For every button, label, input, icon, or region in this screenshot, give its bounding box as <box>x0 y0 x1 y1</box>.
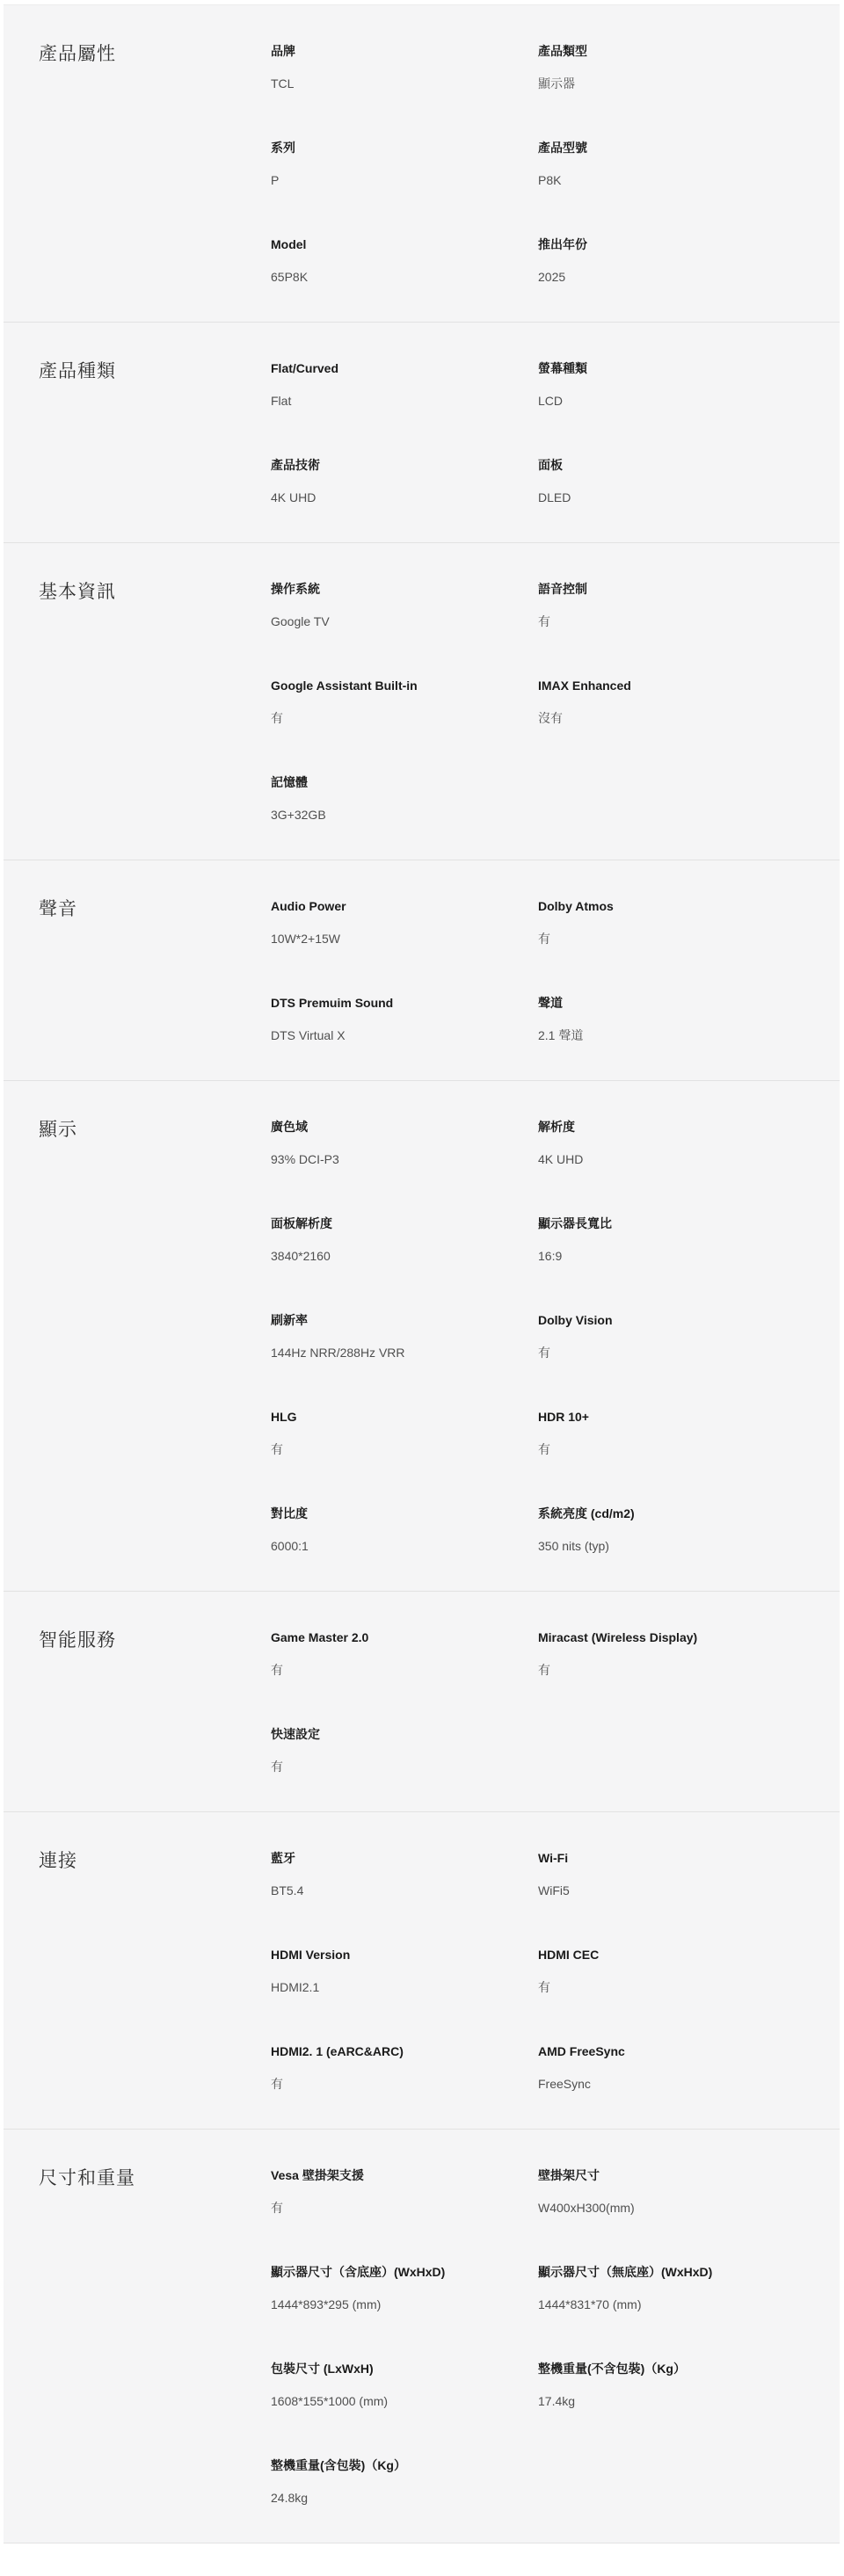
spec-label: 面板解析度 <box>271 1216 517 1231</box>
spec-value: 1444*893*295 (mm) <box>271 2297 517 2312</box>
spec-cell: 產品技術 4K UHD <box>271 458 538 505</box>
spec-label: 顯示器尺寸（含底座）(WxHxD) <box>271 2265 517 2280</box>
spec-label: Wi-Fi <box>538 1851 784 1866</box>
spec-value: P <box>271 173 517 188</box>
spec-row: 刷新率 144Hz NRR/288Hz VRR Dolby Vision 有 <box>271 1313 840 1361</box>
spec-row: 對比度 6000:1 系統亮度 (cd/m2) 350 nits (typ) <box>271 1506 840 1554</box>
spec-label: 系統亮度 (cd/m2) <box>538 1506 784 1521</box>
spec-cell: 壁掛架尺寸 W400xH300(mm) <box>538 2168 805 2216</box>
spec-cell: 顯示器尺寸（含底座）(WxHxD) 1444*893*295 (mm) <box>271 2265 538 2312</box>
spec-label: HDMI2. 1 (eARC&ARC) <box>271 2044 517 2059</box>
spec-value: 有 <box>538 1346 784 1361</box>
spec-value: BT5.4 <box>271 1883 517 1898</box>
spec-cell: DTS Premuim Sound DTS Virtual X <box>271 996 538 1043</box>
spec-cell: AMD FreeSync FreeSync <box>538 2044 805 2092</box>
section-smart-services: 智能服務 Game Master 2.0 有 Miracast (Wireles… <box>4 1592 840 1812</box>
spec-row: 包裝尺寸 (LxWxH) 1608*155*1000 (mm) 整機重量(不含包… <box>271 2362 840 2409</box>
spec-label: Flat/Curved <box>271 361 517 376</box>
spec-value: LCD <box>538 394 784 409</box>
spec-value: 17.4kg <box>538 2394 784 2409</box>
spec-cell: 包裝尺寸 (LxWxH) 1608*155*1000 (mm) <box>271 2362 538 2409</box>
section-rows: 藍牙 BT5.4 Wi-Fi WiFi5 HDMI Version HDMI2.… <box>271 1851 840 2092</box>
spec-label: Dolby Vision <box>538 1313 784 1328</box>
spec-value: W400xH300(mm) <box>538 2201 784 2216</box>
spec-cell: 語音控制 有 <box>538 582 805 629</box>
spec-value: 有 <box>271 1663 517 1678</box>
spec-value: Flat <box>271 394 517 409</box>
spec-label: Miracast (Wireless Display) <box>538 1630 784 1645</box>
spec-cell: IMAX Enhanced 沒有 <box>538 678 805 726</box>
spec-cell: 顯示器長寬比 16:9 <box>538 1216 805 1264</box>
section-sound: 聲音 Audio Power 10W*2+15W Dolby Atmos 有 D… <box>4 860 840 1081</box>
spec-row: 操作系統 Google TV 語音控制 有 <box>271 582 840 629</box>
spec-cell: Flat/Curved Flat <box>271 361 538 409</box>
spec-label: 品牌 <box>271 44 517 59</box>
spec-value: 6000:1 <box>271 1539 517 1554</box>
section-title: 尺寸和重量 <box>39 2168 271 2189</box>
spec-value: 有 <box>271 1442 517 1457</box>
spec-cell: 產品類型 顯示器 <box>538 44 805 91</box>
spec-value: 350 nits (typ) <box>538 1539 784 1554</box>
spec-label: 語音控制 <box>538 582 784 597</box>
spec-label: IMAX Enhanced <box>538 678 784 693</box>
spec-row: 廣色域 93% DCI-P3 解析度 4K UHD <box>271 1120 840 1167</box>
spec-cell: 顯示器尺寸（無底座）(WxHxD) 1444*831*70 (mm) <box>538 2265 805 2312</box>
spec-label: 顯示器長寬比 <box>538 1216 784 1231</box>
spec-label: 廣色域 <box>271 1120 517 1135</box>
spec-row: HLG 有 HDR 10+ 有 <box>271 1410 840 1457</box>
spec-label: DTS Premuim Sound <box>271 996 517 1011</box>
spec-value: 有 <box>271 2077 517 2092</box>
spec-cell: Dolby Vision 有 <box>538 1313 805 1361</box>
spec-row: DTS Premuim Sound DTS Virtual X 聲道 2.1 聲… <box>271 996 840 1043</box>
product-spec-page: 產品屬性 品牌 TCL 產品類型 顯示器 系列 P 產品型號 <box>4 0 840 2549</box>
section-rows: 廣色域 93% DCI-P3 解析度 4K UHD 面板解析度 3840*216… <box>271 1120 840 1554</box>
spec-label: Audio Power <box>271 899 517 914</box>
spec-value: 有 <box>538 932 784 947</box>
spec-value: 沒有 <box>538 711 784 726</box>
spec-row: 整機重量(含包裝)（Kg） 24.8kg <box>271 2458 840 2506</box>
spec-value: WiFi5 <box>538 1883 784 1898</box>
spec-cell: 推出年份 2025 <box>538 237 805 285</box>
spec-label: 操作系統 <box>271 582 517 597</box>
spec-value: 有 <box>538 614 784 629</box>
spec-label: AMD FreeSync <box>538 2044 784 2059</box>
section-product-category: 產品種類 Flat/Curved Flat 螢幕種類 LCD 產品技術 4K U… <box>4 323 840 543</box>
spec-cell: Audio Power 10W*2+15W <box>271 899 538 947</box>
spec-label: 包裝尺寸 (LxWxH) <box>271 2362 517 2376</box>
spec-label: 整機重量(含包裝)（Kg） <box>271 2458 517 2473</box>
spec-value: 有 <box>271 1760 517 1774</box>
spec-label: 藍牙 <box>271 1851 517 1866</box>
spec-value: 65P8K <box>271 270 517 285</box>
spec-cell: 聲道 2.1 聲道 <box>538 996 805 1043</box>
spec-value: 3840*2160 <box>271 1249 517 1264</box>
spec-label: 壁掛架尺寸 <box>538 2168 784 2183</box>
spec-cell: Vesa 壁掛架支援 有 <box>271 2168 538 2216</box>
spec-cell: 記憶體 3G+32GB <box>271 775 538 823</box>
spec-cell: 整機重量(含包裝)（Kg） 24.8kg <box>271 2458 538 2506</box>
spec-cell: Game Master 2.0 有 <box>271 1630 538 1678</box>
spec-row: Model 65P8K 推出年份 2025 <box>271 237 840 285</box>
spec-cell: 品牌 TCL <box>271 44 538 91</box>
spec-value: TCL <box>271 76 517 91</box>
spec-label: 推出年份 <box>538 237 784 252</box>
spec-value: 4K UHD <box>271 490 517 505</box>
spec-cell: HDMI2. 1 (eARC&ARC) 有 <box>271 2044 538 2092</box>
spec-label: 對比度 <box>271 1506 517 1521</box>
spec-value: 有 <box>271 711 517 726</box>
spec-label: 顯示器尺寸（無底座）(WxHxD) <box>538 2265 784 2280</box>
spec-value: DLED <box>538 490 784 505</box>
section-title: 顯示 <box>39 1120 271 1141</box>
spec-cell: 面板 DLED <box>538 458 805 505</box>
spec-cell: HDMI Version HDMI2.1 <box>271 1948 538 1995</box>
spec-cell: 螢幕種類 LCD <box>538 361 805 409</box>
spec-label: 刷新率 <box>271 1313 517 1328</box>
spec-value: 10W*2+15W <box>271 932 517 947</box>
spec-cell: 產品型號 P8K <box>538 141 805 188</box>
section-rows: 操作系統 Google TV 語音控制 有 Google Assistant B… <box>271 582 840 823</box>
spec-label: 產品類型 <box>538 44 784 59</box>
spec-cell: Wi-Fi WiFi5 <box>538 1851 805 1898</box>
spec-value: 24.8kg <box>271 2491 517 2506</box>
spec-cell: 系統亮度 (cd/m2) 350 nits (typ) <box>538 1506 805 1554</box>
section-rows: Flat/Curved Flat 螢幕種類 LCD 產品技術 4K UHD 面板… <box>271 361 840 505</box>
spec-cell: HDMI CEC 有 <box>538 1948 805 1995</box>
section-basic-info: 基本資訊 操作系統 Google TV 語音控制 有 Google Assist… <box>4 543 840 860</box>
spec-row: 面板解析度 3840*2160 顯示器長寬比 16:9 <box>271 1216 840 1264</box>
spec-row: HDMI2. 1 (eARC&ARC) 有 AMD FreeSync FreeS… <box>271 2044 840 2092</box>
spec-cell: Model 65P8K <box>271 237 538 285</box>
spec-label: Model <box>271 237 517 252</box>
spec-cell: 面板解析度 3840*2160 <box>271 1216 538 1264</box>
spec-cell: HLG 有 <box>271 1410 538 1457</box>
spec-label: Dolby Atmos <box>538 899 784 914</box>
spec-value: 144Hz NRR/288Hz VRR <box>271 1346 517 1361</box>
spec-value: 顯示器 <box>538 76 784 91</box>
spec-value: 16:9 <box>538 1249 784 1264</box>
spec-label: 整機重量(不含包裝)（Kg） <box>538 2362 784 2376</box>
spec-label: HLG <box>271 1410 517 1425</box>
spec-value: 1608*155*1000 (mm) <box>271 2394 517 2409</box>
spec-cell: Google Assistant Built-in 有 <box>271 678 538 726</box>
spec-label: HDMI Version <box>271 1948 517 1963</box>
spec-row: HDMI Version HDMI2.1 HDMI CEC 有 <box>271 1948 840 1995</box>
spec-label: Game Master 2.0 <box>271 1630 517 1645</box>
spec-cell: 系列 P <box>271 141 538 188</box>
section-rows: 品牌 TCL 產品類型 顯示器 系列 P 產品型號 P8K <box>271 44 840 285</box>
section-product-attributes: 產品屬性 品牌 TCL 產品類型 顯示器 系列 P 產品型號 <box>4 4 840 323</box>
spec-cell: 快速設定 有 <box>271 1727 538 1774</box>
spec-label: 快速設定 <box>271 1727 517 1742</box>
spec-cell: 藍牙 BT5.4 <box>271 1851 538 1898</box>
spec-label: HDMI CEC <box>538 1948 784 1963</box>
section-title: 產品屬性 <box>39 44 271 65</box>
spec-row: Game Master 2.0 有 Miracast (Wireless Dis… <box>271 1630 840 1678</box>
section-rows: Vesa 壁掛架支援 有 壁掛架尺寸 W400xH300(mm) 顯示器尺寸（含… <box>271 2168 840 2506</box>
spec-label: HDR 10+ <box>538 1410 784 1425</box>
spec-value: 4K UHD <box>538 1152 784 1167</box>
spec-value: DTS Virtual X <box>271 1028 517 1043</box>
spec-value: 2.1 聲道 <box>538 1028 784 1043</box>
spec-row: 快速設定 有 <box>271 1727 840 1774</box>
spec-row: 系列 P 產品型號 P8K <box>271 141 840 188</box>
spec-cell: 刷新率 144Hz NRR/288Hz VRR <box>271 1313 538 1361</box>
spec-label: 螢幕種類 <box>538 361 784 376</box>
section-display: 顯示 廣色域 93% DCI-P3 解析度 4K UHD 面板解析度 3840*… <box>4 1081 840 1592</box>
spec-row: Google Assistant Built-in 有 IMAX Enhance… <box>271 678 840 726</box>
spec-cell: 廣色域 93% DCI-P3 <box>271 1120 538 1167</box>
spec-value: 93% DCI-P3 <box>271 1152 517 1167</box>
spec-cell: HDR 10+ 有 <box>538 1410 805 1457</box>
spec-row: 記憶體 3G+32GB <box>271 775 840 823</box>
spec-cell: 對比度 6000:1 <box>271 1506 538 1554</box>
spec-value: 3G+32GB <box>271 808 517 823</box>
section-dimensions-weight: 尺寸和重量 Vesa 壁掛架支援 有 壁掛架尺寸 W400xH300(mm) 顯… <box>4 2130 840 2543</box>
spec-label: Google Assistant Built-in <box>271 678 517 693</box>
spec-value: 有 <box>538 1663 784 1678</box>
spec-row: 顯示器尺寸（含底座）(WxHxD) 1444*893*295 (mm) 顯示器尺… <box>271 2265 840 2312</box>
spec-row: Audio Power 10W*2+15W Dolby Atmos 有 <box>271 899 840 947</box>
spec-label: 系列 <box>271 141 517 156</box>
spec-row: 產品技術 4K UHD 面板 DLED <box>271 458 840 505</box>
spec-value: FreeSync <box>538 2077 784 2092</box>
spec-cell: 解析度 4K UHD <box>538 1120 805 1167</box>
spec-label: 產品技術 <box>271 458 517 473</box>
spec-value: 1444*831*70 (mm) <box>538 2297 784 2312</box>
spec-cell: Dolby Atmos 有 <box>538 899 805 947</box>
section-title: 智能服務 <box>39 1630 271 1651</box>
spec-cell: 操作系統 Google TV <box>271 582 538 629</box>
spec-label: 聲道 <box>538 996 784 1011</box>
spec-value: Google TV <box>271 614 517 629</box>
spec-row: 藍牙 BT5.4 Wi-Fi WiFi5 <box>271 1851 840 1898</box>
section-connectivity: 連接 藍牙 BT5.4 Wi-Fi WiFi5 HDMI Version HDM… <box>4 1812 840 2130</box>
section-rows: Game Master 2.0 有 Miracast (Wireless Dis… <box>271 1630 840 1774</box>
spec-label: Vesa 壁掛架支援 <box>271 2168 517 2183</box>
spec-row: Flat/Curved Flat 螢幕種類 LCD <box>271 361 840 409</box>
spec-cell: 整機重量(不含包裝)（Kg） 17.4kg <box>538 2362 805 2409</box>
spec-label: 面板 <box>538 458 784 473</box>
section-title: 聲音 <box>39 899 271 920</box>
section-rows: Audio Power 10W*2+15W Dolby Atmos 有 DTS … <box>271 899 840 1043</box>
spec-label: 解析度 <box>538 1120 784 1135</box>
spec-value: 2025 <box>538 270 784 285</box>
spec-row: Vesa 壁掛架支援 有 壁掛架尺寸 W400xH300(mm) <box>271 2168 840 2216</box>
spec-value: HDMI2.1 <box>271 1980 517 1995</box>
spec-label: 產品型號 <box>538 141 784 156</box>
spec-value: 有 <box>538 1442 784 1457</box>
section-title: 連接 <box>39 1851 271 1872</box>
spec-value: 有 <box>538 1980 784 1995</box>
spec-value: 有 <box>271 2201 517 2216</box>
spec-label: 記憶體 <box>271 775 517 790</box>
spec-row: 品牌 TCL 產品類型 顯示器 <box>271 44 840 91</box>
section-title: 產品種類 <box>39 361 271 382</box>
spec-value: P8K <box>538 173 784 188</box>
section-title: 基本資訊 <box>39 582 271 603</box>
spec-cell: Miracast (Wireless Display) 有 <box>538 1630 805 1678</box>
